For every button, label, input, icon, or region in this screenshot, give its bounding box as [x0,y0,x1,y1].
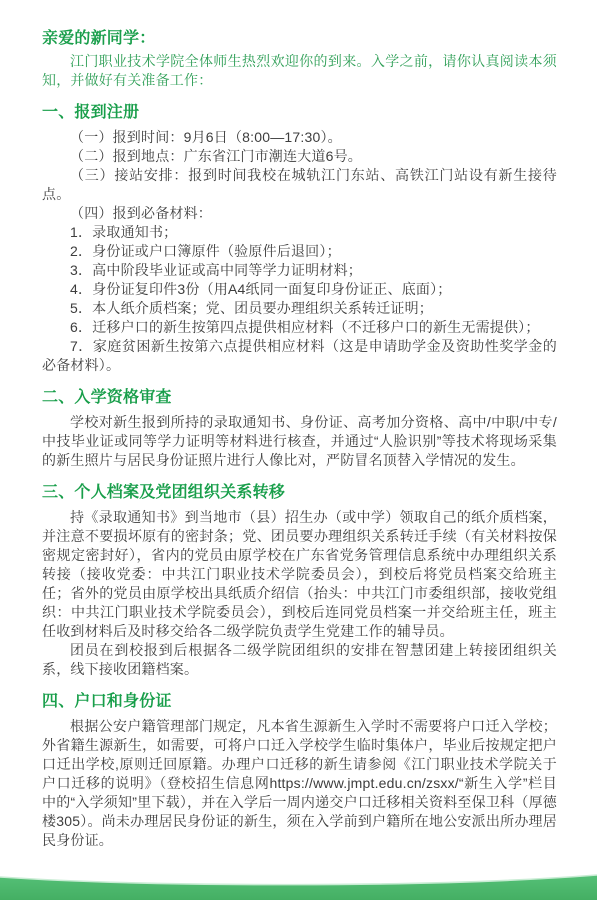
material-item-5: 5．本人纸介质档案；党、团员要办理组织关系转迁证明； [42,299,557,318]
material-item-6: 6．迁移户口的新生按第四点提供相应材料（不迁移户口的新生无需提供）； [42,318,557,337]
material-item-3: 3．高中阶段毕业证或高中同等学力证明材料； [42,261,557,280]
section-qualification-review-title: 二、入学资格审查 [42,387,557,409]
material-item-1: 1．录取通知书； [42,223,557,242]
intro-paragraph: 江门职业技术学院全体师生热烈欢迎你的到来。入学之前，请你认真阅读本须知，并做好有… [42,52,557,90]
section-registration-title: 一、报到注册 [42,102,557,124]
section-qualification-review: 二、入学资格审查 学校对新生报到所持的录取通知书、身份证、高考加分资格、高中/中… [42,387,557,470]
registration-place-item: （二）报到地点：广东省江门市潮连大道6号。 [42,147,557,166]
household-id-paragraph: 根据公安户籍管理部门规定，凡本省生源新生入学时不需要将户口迁入学校；外省籍生源新… [42,717,557,850]
material-item-7: 7．家庭贫困新生按第六点提供相应材料（这是申请助学金及资助性奖学金的必备材料）。 [42,337,557,375]
section-household-id-title: 四、户口和身份证 [42,691,557,713]
qualification-review-paragraph: 学校对新生报到所持的录取通知书、身份证、高考加分资格、高中/中职/中专/中技毕业… [42,413,557,470]
station-pickup-item: （三）接站安排：报到时间我校在城轨江门东站、高铁江门站设有新生接待点。 [42,166,557,204]
section-household-id: 四、户口和身份证 根据公安户籍管理部门规定，凡本省生源新生入学时不需要将户口迁入… [42,691,557,850]
archives-transfer-paragraph-2: 团员在到校报到后根据各二级学院团组织的安排在智慧团建上转接团组织关系，线下接收团… [42,641,557,679]
notice-content: 亲爱的新同学： 江门职业技术学院全体师生热烈欢迎你的到来。入学之前，请你认真阅读… [0,0,597,850]
section-archives-transfer: 三、个人档案及党团组织关系转移 持《录取通知书》到当地市（县）招生办（或中学）领… [42,482,557,679]
section-registration: 一、报到注册 （一）报到时间：9月6日（8:00—17:30）。 （二）报到地点… [42,102,557,375]
material-item-4: 4．身份证复印件3份（用A4纸同一面复印身份证正、底面）； [42,280,557,299]
material-item-2: 2．身份证或户口簿原件（验原件后退回）； [42,242,557,261]
document-page: 亲爱的新同学： 江门职业技术学院全体师生热烈欢迎你的到来。入学之前，请你认真阅读… [0,0,597,900]
registration-time-item: （一）报到时间：9月6日（8:00—17:30）。 [42,128,557,147]
footer-wave-decoration [0,866,597,900]
required-materials-item: （四）报到必备材料： [42,204,557,223]
section-archives-transfer-title: 三、个人档案及党团组织关系转移 [42,482,557,504]
salutation: 亲爱的新同学： [42,28,557,50]
archives-transfer-paragraph-1: 持《录取通知书》到当地市（县）招生办（或中学）领取自己的纸介质档案，并注意不要损… [42,508,557,641]
